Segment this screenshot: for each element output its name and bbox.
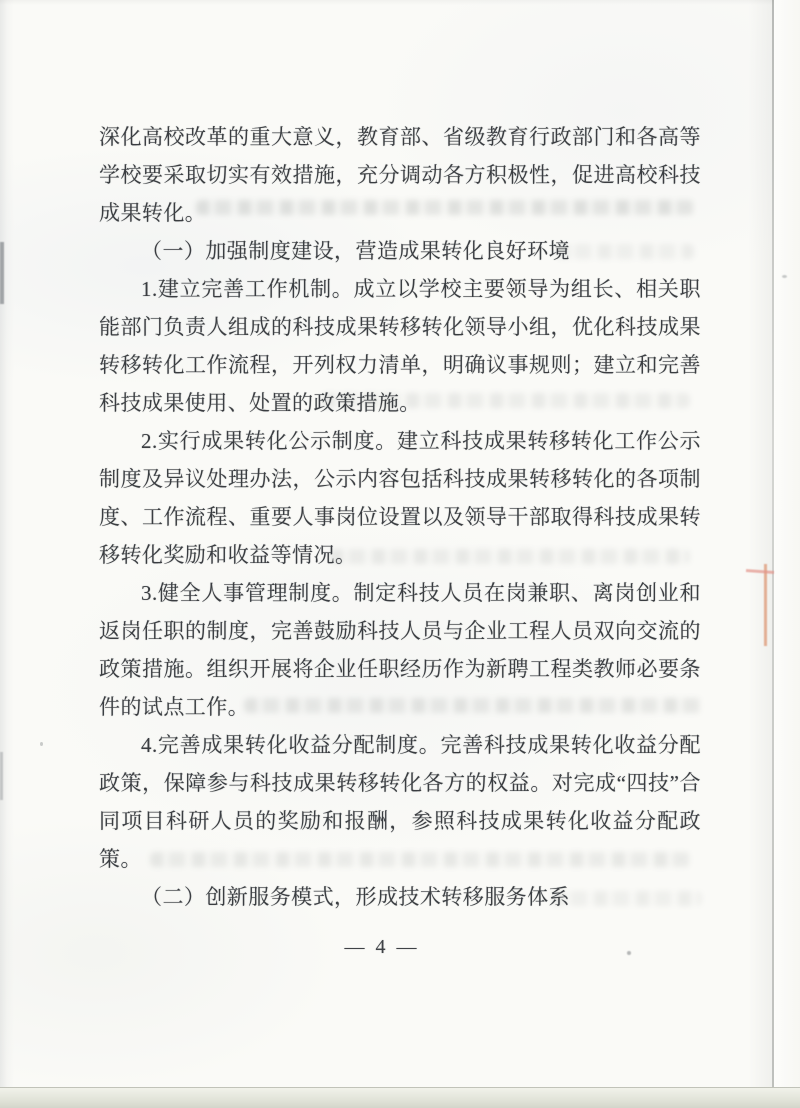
page-number: — 4 —	[99, 936, 665, 959]
body-text: 深化高校改革的重大意义，教育部、省级教育行政部门和各高等学校要采取切实有效措施，…	[99, 118, 701, 916]
paragraph-item-3: 3.健全人事管理制度。制定科技人员在岗兼职、离岗创业和返岗任职的制度，完善鼓励科…	[99, 574, 701, 726]
section-heading-2: （二）创新服务模式，形成技术转移服务体系	[99, 878, 701, 916]
section-heading-1: （一）加强制度建设，营造成果转化良好环境	[99, 232, 701, 270]
bottom-edge-shadow	[0, 1087, 800, 1108]
pink-pen-tick	[746, 569, 774, 574]
left-edge-scan-mark	[0, 752, 3, 800]
ink-speck	[782, 275, 787, 278]
red-pen-mark	[764, 564, 767, 646]
page-seam-shadow	[748, 0, 772, 1090]
scanned-document-page: 深化高校改革的重大意义，教育部、省级教育行政部门和各高等学校要采取切实有效措施，…	[0, 0, 800, 1108]
paragraph-item-4: 4.完善成果转化收益分配制度。完善科技成果转化收益分配政策，保障参与科技成果转移…	[99, 726, 701, 878]
left-edge-scan-mark	[0, 242, 4, 304]
page-seam-line	[772, 0, 774, 1090]
paragraph-continued: 深化高校改革的重大意义，教育部、省级教育行政部门和各高等学校要采取切实有效措施，…	[99, 118, 701, 232]
adjacent-page-edge	[774, 0, 800, 1090]
ink-speck	[40, 742, 43, 746]
paragraph-item-2: 2.实行成果转化公示制度。建立科技成果转移转化工作公示制度及异议处理办法，公示内…	[99, 422, 701, 574]
paragraph-item-1: 1.建立完善工作机制。成立以学校主要领导为组长、相关职能部门负责人组成的科技成果…	[99, 270, 701, 422]
